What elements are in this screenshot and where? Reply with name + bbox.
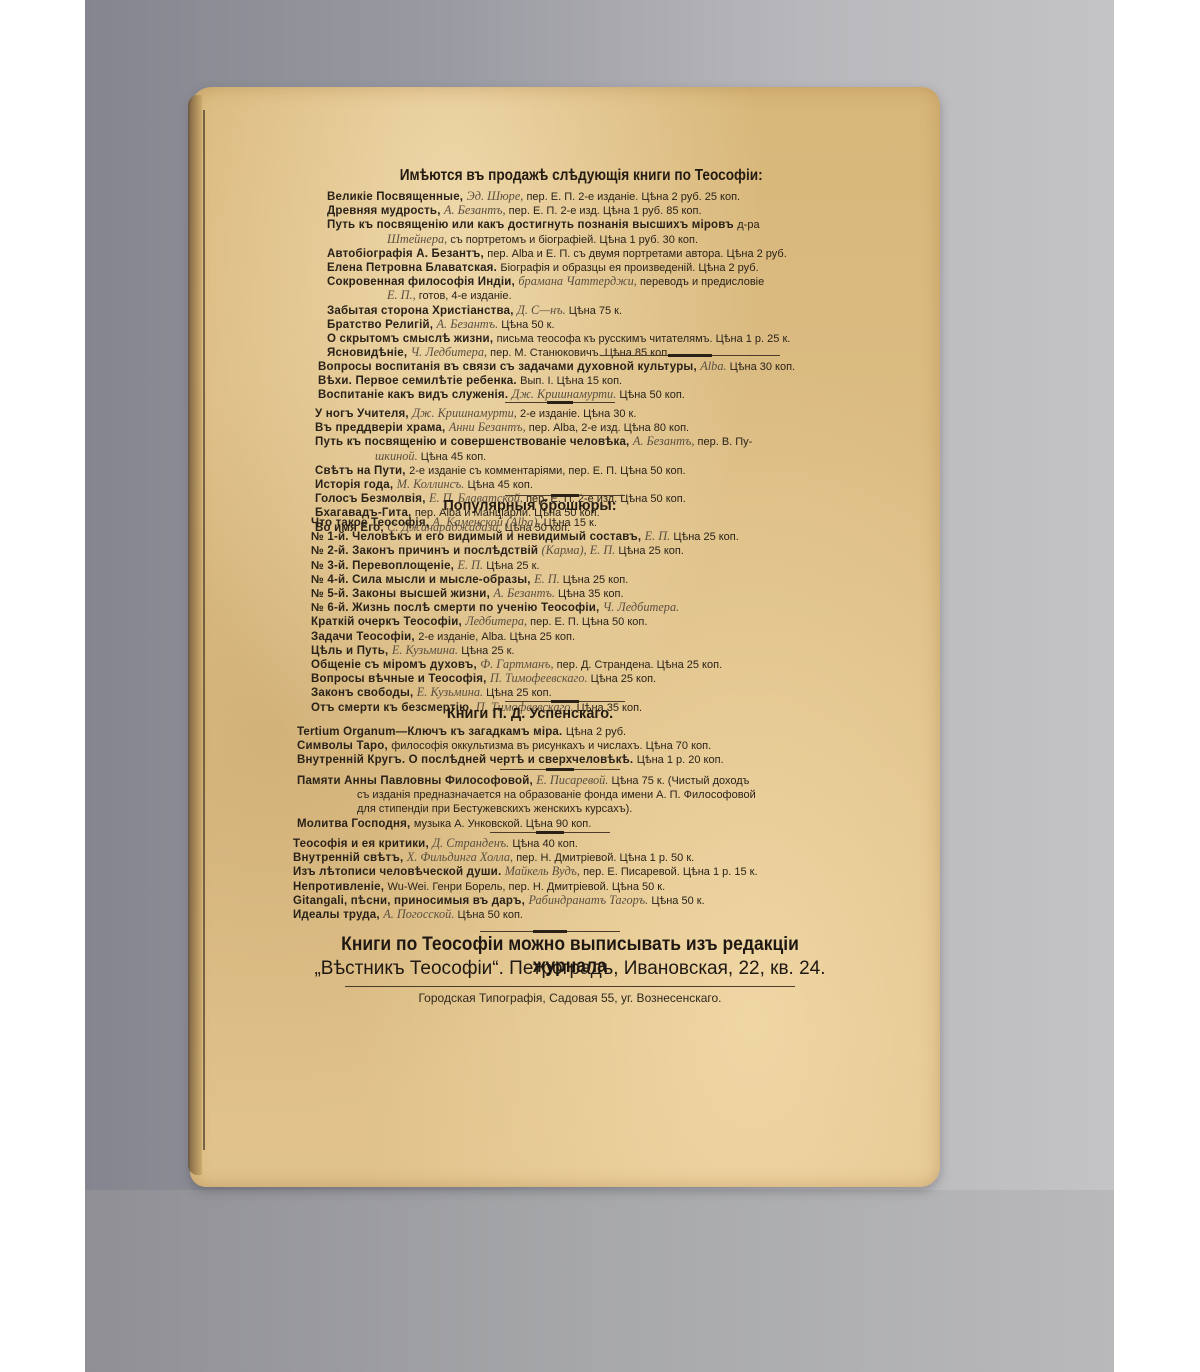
book-details: съ портретомъ и біографіей. Цѣна 1 руб. …	[450, 234, 698, 246]
book-title: Исторія года,	[315, 479, 397, 491]
book-details: Цѣна 40 коп.	[512, 838, 577, 850]
book-title: Внутренній Кругъ. О послѣдней чертѣ и св…	[297, 754, 637, 766]
book-entry: Внутренній свѣтъ, Х. Фильдинга Холла, пе…	[293, 850, 694, 865]
book-author: П. Тимофеевскаго.	[490, 671, 591, 685]
book-entry: Символы Таро, философія оккультизма въ р…	[297, 738, 711, 753]
book-entry: Братство Религій, А. Безантъ. Цѣна 50 к.	[327, 317, 555, 332]
book-author: Ледбитера,	[465, 614, 530, 628]
book-entry: № 6-й. Жизнь послѣ смерти по ученію Теос…	[311, 600, 679, 615]
book-details: Біографія и образцы ея произведеній. Цѣн…	[500, 262, 758, 274]
book-details: пер. Alba, 2-е изд. Цѣна 80 коп.	[529, 422, 689, 434]
book-title: № 6-й. Жизнь послѣ смерти по ученію Теос…	[311, 602, 603, 614]
book-author: А. Безантъ,	[633, 434, 698, 448]
book-entry: О скрытомъ смыслѣ жизни, письма теософа …	[327, 331, 790, 346]
book-details: философія оккультизма въ рисункахъ и чис…	[391, 740, 711, 752]
book-entry: Е. П., готов, 4-е изданіе.	[327, 288, 512, 303]
book-entry: № 1-й. Человѣкъ и его видимый и невидимы…	[311, 529, 739, 544]
brochures-heading: Популярныя брошюры:	[400, 498, 660, 514]
book-entry: Идеалы труда, А. Погосской. Цѣна 50 коп.	[293, 907, 523, 922]
book-title: Законъ свободы,	[311, 687, 417, 699]
book-title: Непротивленіе,	[293, 881, 388, 893]
book-details: письма теософа къ русскимъ читателямъ. Ц…	[497, 333, 791, 345]
book-entry: Забытая сторона Христіанства, Д. С—нъ. Ц…	[327, 303, 622, 318]
divider	[500, 769, 620, 770]
book-entry: Автобіографія А. Безантъ, пер. Alba и Е.…	[327, 246, 787, 261]
book-entry: Памяти Анны Павловны Философовой, Е. Пис…	[297, 773, 749, 788]
book-details: Цѣна 45 коп.	[467, 479, 532, 491]
book-entry: У ногъ Учителя, Дж. Кришнамурти, 2-е изд…	[315, 406, 636, 421]
book-details: переводъ и предисловіе	[640, 276, 764, 288]
book-title: Что такое Теософія,	[311, 517, 433, 529]
book-title: Путь къ посвященію и совершенствованіе ч…	[315, 436, 633, 448]
book-author: Ч. Ледбитера.	[603, 600, 679, 614]
book-entry: Gitangali, пѣсни, приносимыя въ даръ, Ра…	[293, 893, 705, 908]
book-entry: Непротивленіе, Wu-Wei. Генри Борель, пер…	[293, 879, 665, 894]
book-details: Цѣна 2 руб.	[566, 726, 626, 738]
book-details: 2-е изданіе, Alba. Цѣна 25 коп.	[418, 631, 575, 643]
book-spine	[188, 95, 202, 1175]
book-entry: Краткій очеркъ Теософіи, Ледбитера, пер.…	[311, 614, 647, 629]
book-entry: Что такое Теософія, А. Каменской (Alba).…	[311, 515, 597, 530]
book-entry: Воспитаніе какъ видъ служенія. Дж. Кришн…	[318, 387, 685, 402]
book-details: 2-е изданіе. Цѣна 30 к.	[520, 408, 636, 420]
book-details: Цѣна 1 р. 20 коп.	[637, 754, 724, 766]
book-details: Цѣна 50 коп.	[619, 389, 684, 401]
book-author: М. Коллинсъ.	[397, 477, 468, 491]
book-author: шкиной.	[375, 449, 421, 463]
book-entry: Задачи Теософіи, 2-е изданіе, Alba. Цѣна…	[311, 629, 575, 644]
book-title: Задачи Теософіи,	[311, 631, 418, 643]
book-details: пер. М. Станюковичъ. Цѣна 85 коп.	[490, 347, 670, 359]
book-entry: Вѣхи. Первое семилѣтіе ребенка. Вып. I. …	[318, 373, 622, 388]
book-details: Цѣна 25 коп.	[563, 574, 628, 586]
book-title: № 5-й. Законы высшей жизни,	[311, 588, 493, 600]
book-title: № 3-й. Перевоплощеніе,	[311, 560, 457, 572]
book-author: Е. П.	[645, 529, 674, 543]
book-entry: Теософія и ея критики, Д. Странденъ. Цѣн…	[293, 836, 578, 851]
book-title: Общеніе съ міромъ духовъ,	[311, 659, 480, 671]
book-title: № 1-й. Человѣкъ и его видимый и невидимы…	[311, 531, 645, 543]
book-title: Древняя мудрость,	[327, 205, 444, 217]
book-details: Цѣна 25 к.	[461, 645, 514, 657]
book-entry: Штейнера, съ портретомъ и біографіей. Цѣ…	[327, 232, 698, 247]
book-details: Цѣна 35 коп.	[558, 588, 623, 600]
book-author: Д. Странденъ.	[432, 836, 512, 850]
book-author: Е. Кузьмина.	[392, 643, 461, 657]
book-title: У ногъ Учителя,	[315, 408, 412, 420]
book-title: Путь къ посвященію или какъ достигнуть п…	[327, 219, 737, 231]
book-details: Цѣна 50 коп.	[457, 909, 522, 921]
book-details: Цѣна 75 к.	[569, 305, 622, 317]
book-author: Дж. Кришнамурти.	[512, 387, 620, 401]
book-title: Ясновидѣніе,	[327, 347, 411, 359]
book-details: пер. В. Пу-	[698, 436, 753, 448]
book-entry: Вопросы вѣчные и Теософія, П. Тимофеевск…	[311, 671, 656, 686]
book-title: Символы Таро,	[297, 740, 391, 752]
book-entry: Въ преддверіи храма, Анни Безантъ, пер. …	[315, 420, 689, 435]
book-entry: Путь къ посвященію и совершенствованіе ч…	[315, 434, 752, 449]
book-entry: Tertium Organum—Ключъ къ загадкамъ міра.…	[297, 724, 626, 739]
divider	[600, 355, 780, 356]
book-entry: съ изданія предназначается на образовані…	[297, 787, 756, 802]
book-author: Alba.	[700, 359, 729, 373]
book-title: О скрытомъ смыслѣ жизни,	[327, 333, 497, 345]
book-title: № 4-й. Сила мысли и мысле-образы,	[311, 574, 534, 586]
book-entry: Цѣль и Путь, Е. Кузьмина. Цѣна 25 к.	[311, 643, 515, 658]
book-details: Цѣна 25 коп.	[591, 673, 656, 685]
book-title: Gitangali, пѣсни, приносимыя въ даръ,	[293, 895, 528, 907]
book-author: Д. С—нъ.	[517, 303, 569, 317]
divider	[505, 495, 625, 496]
divider	[505, 402, 615, 403]
book-details: Цѣна 25 коп.	[673, 531, 738, 543]
page-heading: Имѣются въ продажѣ слѣдующія книги по Те…	[370, 167, 792, 185]
book-details: Цѣна 25 к.	[486, 560, 539, 572]
book-details: пер. Е. П. 2-е изданіе. Цѣна 2 руб. 25 к…	[526, 191, 740, 203]
ordering-address: „Вѣстникъ Теософіи“. Петроградъ, Ивановс…	[280, 958, 860, 980]
book-details: для стипендіи при Бестужевскихъ женскихъ…	[357, 803, 632, 815]
book-title: Памяти Анны Павловны Философовой,	[297, 775, 536, 787]
book-title: Сокровенная философія Индіи,	[327, 276, 518, 288]
book-title: Забытая сторона Христіанства,	[327, 305, 517, 317]
book-author: Е. П.	[457, 558, 486, 572]
book-author: (Карма), Е. П.	[542, 543, 619, 557]
book-title: Свѣтъ на Пути,	[315, 465, 409, 477]
book-author: А. Каменской (Alba).	[433, 515, 544, 529]
book-title: Братство Религій,	[327, 319, 437, 331]
book-title: Вопросы воспитанія въ связи съ задачами …	[318, 361, 700, 373]
book-author: А. Погосской.	[383, 907, 457, 921]
book-entry: Молитва Господня, музыка А. Унковской. Ц…	[297, 816, 591, 831]
book-details: пер. Е. Писаревой. Цѣна 1 р. 15 к.	[583, 866, 757, 878]
divider	[480, 931, 620, 932]
book-entry: Законъ свободы, Е. Кузьмина. Цѣна 25 коп…	[311, 685, 552, 700]
book-author: Анни Безантъ,	[449, 420, 529, 434]
book-entry: для стипендіи при Бестужевскихъ женскихъ…	[297, 801, 632, 816]
book-entry: № 4-й. Сила мысли и мысле-образы, Е. П. …	[311, 572, 628, 587]
book-author: А. Безантъ,	[444, 203, 509, 217]
uspensky-heading: Книги П. Д. Успенскаго.	[400, 706, 660, 722]
book-title: Молитва Господня,	[297, 818, 414, 830]
book-title: Воспитаніе какъ видъ служенія.	[318, 389, 512, 401]
book-details: пер. Е. П. 2-е изд. Цѣна 1 руб. 85 коп.	[509, 205, 702, 217]
book-author: брамана Чаттерджи,	[518, 274, 640, 288]
book-entry: Изъ лѣтописи человѣческой души. Майкель …	[293, 864, 758, 879]
book-entry: Внутренній Кругъ. О послѣдней чертѣ и св…	[297, 752, 724, 767]
divider	[490, 832, 610, 833]
book-author: Е. П.	[534, 572, 563, 586]
book-author: Рабиндранатъ Тагоръ.	[528, 893, 651, 907]
book-author: Эд. Шюре,	[467, 189, 527, 203]
spine-line	[203, 110, 205, 1150]
book-author: Е. Кузьмина.	[417, 685, 486, 699]
book-details: Цѣна 15 к.	[544, 517, 597, 529]
book-details: музыка А. Унковской. Цѣна 90 коп.	[414, 818, 591, 830]
book-entry: Елена Петровна Блаватская. Біографія и о…	[327, 260, 759, 275]
book-entry: № 5-й. Законы высшей жизни, А. Безантъ. …	[311, 586, 624, 601]
book-details: Цѣна 50 к.	[501, 319, 554, 331]
book-entry: Сокровенная философія Индіи, брамана Чат…	[327, 274, 764, 289]
book-author: Е. Писаревой.	[536, 773, 611, 787]
book-details: Wu-Wei. Генри Борель, пер. Н. Дмитріевой…	[388, 881, 666, 893]
book-details: Цѣна 25 коп.	[486, 687, 551, 699]
book-title: Внутренній свѣтъ,	[293, 852, 407, 864]
book-details: Вып. I. Цѣна 15 коп.	[520, 375, 622, 387]
book-details: Цѣна 25 коп.	[618, 545, 683, 557]
book-entry: № 3-й. Перевоплощеніе, Е. П. Цѣна 25 к.	[311, 558, 539, 573]
book-title: Tertium Organum—Ключъ къ загадкамъ міра.	[297, 726, 566, 738]
book-author: Х. Фильдинга Холла,	[407, 850, 516, 864]
book-entry: Путь къ посвященію или какъ достигнуть п…	[327, 217, 760, 232]
book-title: Идеалы труда,	[293, 909, 383, 921]
book-details: Цѣна 50 к.	[651, 895, 704, 907]
book-details: д-ра	[737, 219, 759, 231]
book-entry: Древняя мудрость, А. Безантъ, пер. Е. П.…	[327, 203, 702, 218]
table-surface	[85, 1190, 1114, 1372]
book-title: Елена Петровна Блаватская.	[327, 262, 500, 274]
book-details: 2-е изданіе съ комментаріями, пер. Е. П.…	[409, 465, 686, 477]
book-title: № 2-й. Законъ причинъ и послѣдствій	[311, 545, 542, 557]
book-entry: шкиной. Цѣна 45 коп.	[315, 449, 486, 464]
divider	[345, 986, 795, 987]
book-entry: Исторія года, М. Коллинсъ. Цѣна 45 коп.	[315, 477, 533, 492]
book-details: Цѣна 30 коп.	[730, 361, 795, 373]
book-details: пер. Д. Страндена. Цѣна 25 коп.	[557, 659, 722, 671]
book-details: Цѣна 75 к. (Чистый доходъ	[611, 775, 749, 787]
book-author: Ф. Гартманъ,	[480, 657, 556, 671]
book-entry: № 2-й. Законъ причинъ и послѣдствій (Кар…	[311, 543, 684, 558]
book-details: пер. Alba и Е. П. съ двумя портретами ав…	[487, 248, 786, 260]
book-author: Штейнера,	[387, 232, 450, 246]
book-details: съ изданія предназначается на образовані…	[357, 789, 756, 801]
book-title: Автобіографія А. Безантъ,	[327, 248, 487, 260]
book-title: Вѣхи. Первое семилѣтіе ребенка.	[318, 375, 520, 387]
book-title: Въ преддверіи храма,	[315, 422, 449, 434]
book-title: Изъ лѣтописи человѣческой души.	[293, 866, 505, 878]
book-author: Майкель Вудъ,	[505, 864, 583, 878]
book-entry: Общеніе съ міромъ духовъ, Ф. Гартманъ, п…	[311, 657, 722, 672]
book-author: А. Безантъ.	[437, 317, 502, 331]
book-entry: Великіе Посвященные, Эд. Шюре, пер. Е. П…	[327, 189, 740, 204]
book-details: Цѣна 45 коп.	[421, 451, 486, 463]
book-title: Цѣль и Путь,	[311, 645, 392, 657]
book-title: Великіе Посвященные,	[327, 191, 467, 203]
book-details: пер. Е. П. Цѣна 50 коп.	[530, 616, 647, 628]
book-entry: Вопросы воспитанія въ связи съ задачами …	[318, 359, 795, 374]
book-title: Краткій очеркъ Теософіи,	[311, 616, 465, 628]
book-author: Е. П.,	[387, 288, 419, 302]
book-entry: Свѣтъ на Пути, 2-е изданіе съ комментарі…	[315, 463, 686, 478]
printer-imprint: Городская Типографія, Садовая 55, уг. Во…	[280, 991, 860, 1005]
book-title: Вопросы вѣчные и Теософія,	[311, 673, 490, 685]
book-details: пер. Н. Дмитріевой. Цѣна 1 р. 50 к.	[516, 852, 694, 864]
divider	[505, 701, 625, 702]
book-title: Теософія и ея критики,	[293, 838, 432, 850]
book-details: готов, 4-е изданіе.	[419, 290, 512, 302]
book-author: Дж. Кришнамурти,	[412, 406, 520, 420]
book-author: Ч. Ледбитера,	[411, 345, 490, 359]
book-author: А. Безантъ.	[493, 586, 558, 600]
